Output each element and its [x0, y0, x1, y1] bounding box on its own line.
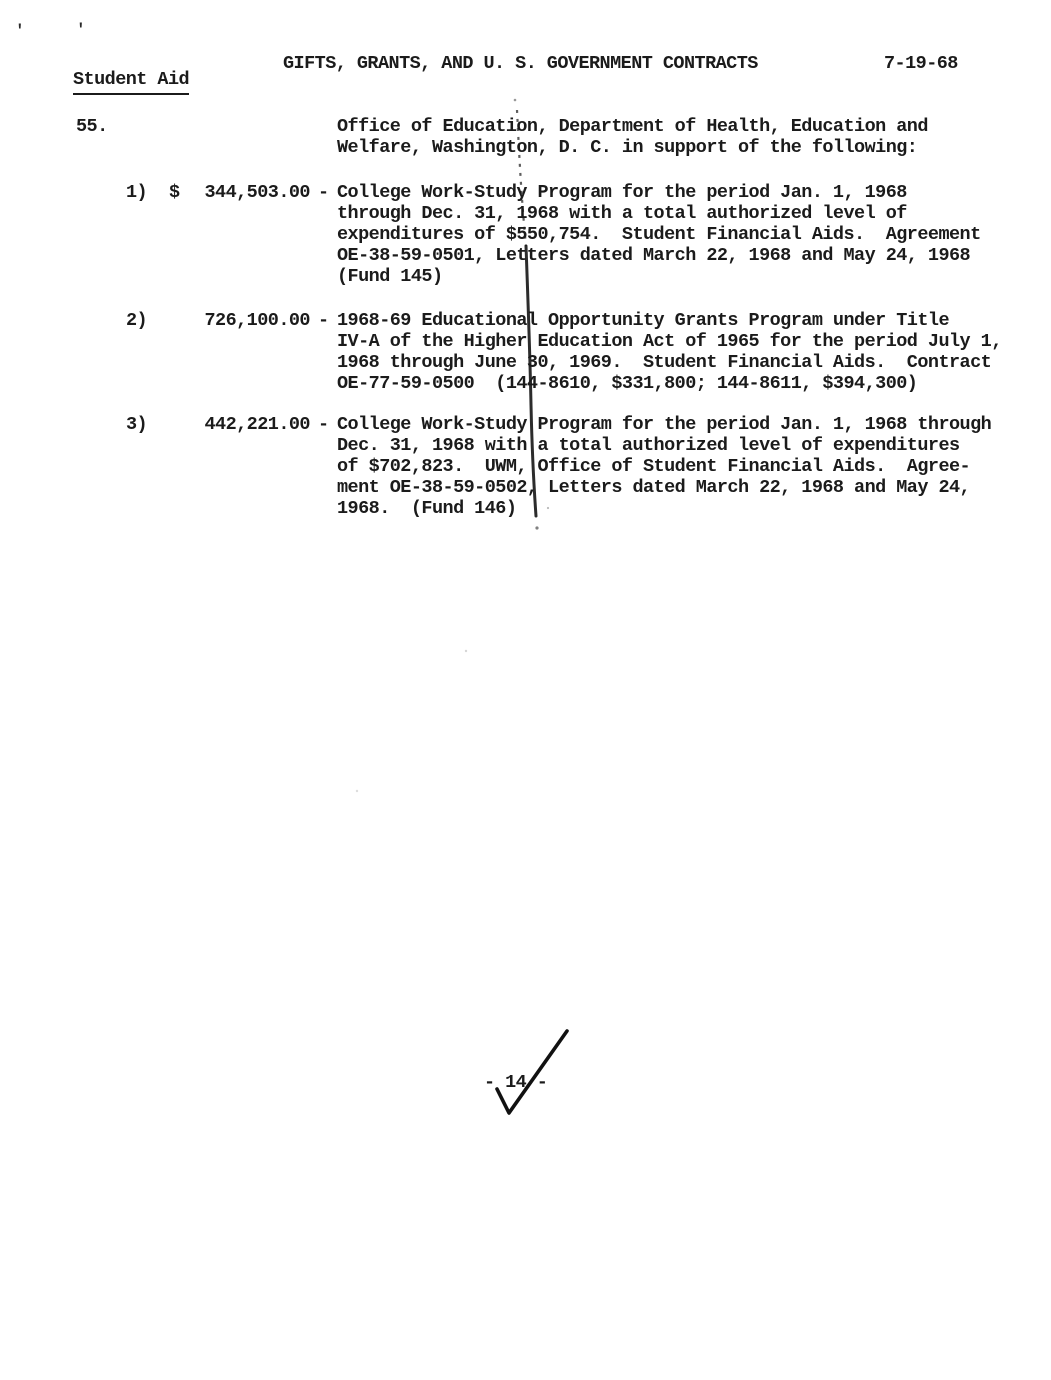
paper-speck: [465, 650, 467, 652]
text-line: Welfare, Washington, D. C. in support of…: [337, 137, 928, 158]
text-line: College Work-Study Program for the perio…: [337, 182, 981, 203]
entry-description: 1968-69 Educational Opportunity Grants P…: [337, 310, 1002, 394]
stray-typed-mark: ': [15, 22, 25, 40]
entry-separator: -: [318, 414, 329, 435]
entry-description: College Work-Study Program for the perio…: [337, 414, 991, 519]
text-line: through Dec. 31, 1968 with a total autho…: [337, 203, 981, 224]
crease-speck: [535, 526, 538, 529]
text-line: 1968 through June 30, 1969. Student Fina…: [337, 352, 1002, 373]
entry-number: 2): [126, 310, 147, 331]
entry-separator: -: [318, 310, 329, 331]
scanned-document-page: ' ' GIFTS, GRANTS, AND U. S. GOVERNMENT …: [0, 0, 1051, 1380]
text-line: 1968. (Fund 146): [337, 498, 991, 519]
entry-number: 3): [126, 414, 147, 435]
page-number: - 14 -: [484, 1072, 547, 1093]
text-line: OE-77-59-0500 (144-8610, $331,800; 144-8…: [337, 373, 1002, 394]
entry-amount: 344,503.00: [176, 182, 310, 203]
text-line: Office of Education, Department of Healt…: [337, 116, 928, 137]
paper-speck: [356, 790, 358, 792]
document-date: 7-19-68: [884, 53, 958, 74]
intro-paragraph: Office of Education, Department of Healt…: [337, 116, 928, 158]
entry-separator: -: [318, 182, 329, 203]
text-line: Dec. 31, 1968 with a total authorized le…: [337, 435, 991, 456]
item-number: 55.: [76, 116, 108, 137]
text-line: ment OE-38-59-0502, Letters dated March …: [337, 477, 991, 498]
text-line: (Fund 145): [337, 266, 981, 287]
entry-amount: 726,100.00: [176, 310, 310, 331]
entry-description: College Work-Study Program for the perio…: [337, 182, 981, 287]
entry-amount: 442,221.00: [176, 414, 310, 435]
text-line: College Work-Study Program for the perio…: [337, 414, 991, 435]
section-heading: Student Aid: [73, 69, 189, 95]
text-line: OE-38-59-0501, Letters dated March 22, 1…: [337, 245, 981, 266]
text-line: of $702,823. UWM, Office of Student Fina…: [337, 456, 991, 477]
text-line: IV-A of the Higher Education Act of 1965…: [337, 331, 1002, 352]
entry-number: 1): [126, 182, 147, 203]
text-line: 1968-69 Educational Opportunity Grants P…: [337, 310, 1002, 331]
text-line: expenditures of $550,754. Student Financ…: [337, 224, 981, 245]
page-title: GIFTS, GRANTS, AND U. S. GOVERNMENT CONT…: [283, 53, 758, 74]
stray-typed-mark: ': [76, 21, 86, 39]
crease-speck: [514, 99, 517, 102]
